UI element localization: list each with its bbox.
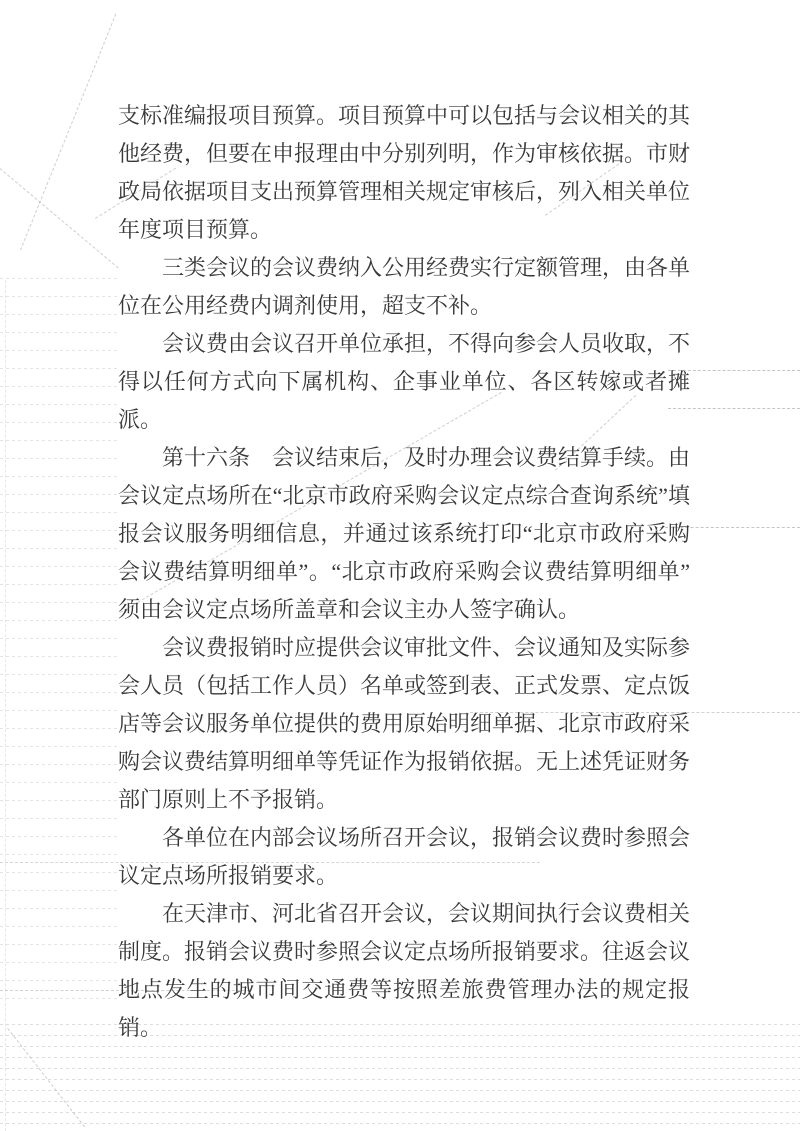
document-body-text: 支标准编报项目预算。项目预算中可以包括与会议相关的其他经费，但要在申报理由中分别… (118, 97, 690, 1047)
scan-artifact-crease-line (7, 1028, 85, 1127)
document-paragraph: 会议费由会议召开单位承担，不得向参会人员收取，不得以任何方式向下属机构、企事业单… (118, 325, 690, 439)
document-paragraph: 在天津市、河北省召开会议，会议期间执行会议费相关制度。报销会议费时参照会议定点场… (118, 895, 690, 1047)
document-paragraph: 各单位在内部会议场所召开会议，报销会议费时参照会议定点场所报销要求。 (118, 819, 690, 895)
scan-artifact-vertical-dashed-line (5, 280, 6, 1131)
document-paragraph: 三类会议的会议费纳入公用经费实行定额管理，由各单位在公用经费内调剂使用，超支不补… (118, 249, 690, 325)
scan-artifact-crease-line (0, 168, 119, 268)
document-paragraph-article-16: 第十六条 会议结束后，及时办理会议费结算手续。由会议定点场所在“北京市政府采购会… (118, 439, 690, 629)
document-paragraph: 会议费报销时应提供会议审批文件、会议通知及实际参会人员（包括工作人员）名单或签到… (118, 629, 690, 819)
document-page: 支标准编报项目预算。项目预算中可以包括与会议相关的其他经费，但要在申报理由中分别… (0, 0, 800, 1131)
scan-artifact-crease-line (20, 14, 116, 251)
scan-artifact-left-dotted-lines (0, 262, 118, 1014)
document-paragraph-continuation: 支标准编报项目预算。项目预算中可以包括与会议相关的其他经费，但要在申报理由中分别… (118, 97, 690, 249)
